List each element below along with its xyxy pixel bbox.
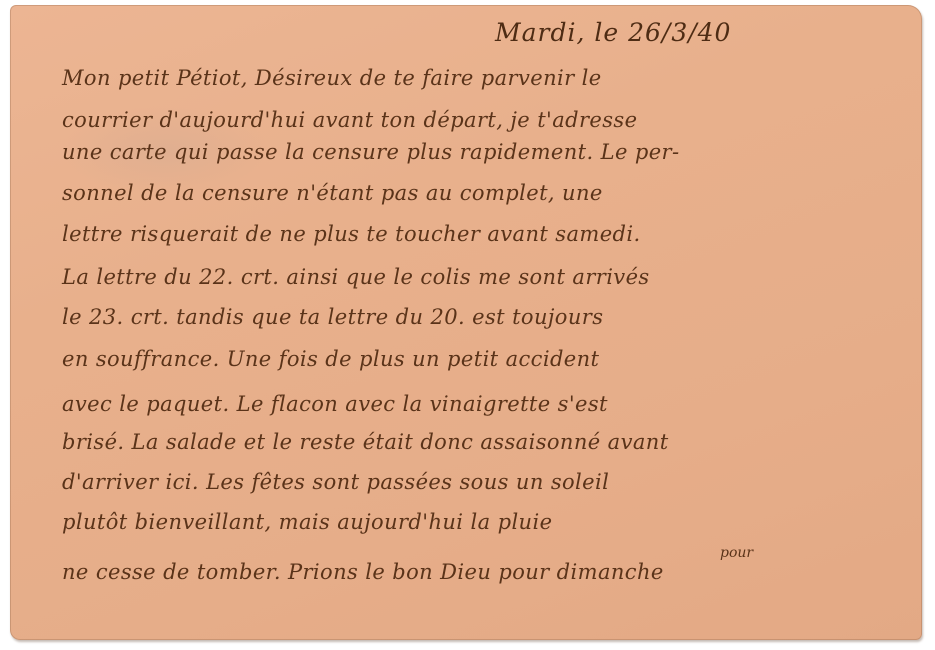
letter-line: une carte qui passe la censure plus rapi… <box>62 140 680 164</box>
letter-line: ne cesse de tomber. Prions le bon Dieu p… <box>62 560 664 584</box>
letter-line: La lettre du 22. crt. ainsi que le colis… <box>62 265 650 289</box>
letter-line: plutôt bienveillant, mais aujourd'hui la… <box>62 510 552 534</box>
interlinear-insertion: pour <box>720 545 753 561</box>
letter-line: sonnel de la censure n'étant pas au comp… <box>62 181 603 205</box>
letter-line: Mon petit Pétiot, Désireux de te faire p… <box>62 66 602 90</box>
letter-line: brisé. La salade et le reste était donc … <box>62 430 669 454</box>
letter-line: lettre risquerait de ne plus te toucher … <box>62 222 641 246</box>
letter-line: en souffrance. Une fois de plus un petit… <box>62 347 599 371</box>
letter-line: d'arriver ici. Les fêtes sont passées so… <box>62 470 609 494</box>
letter-line: le 23. crt. tandis que ta lettre du 20. … <box>62 305 603 329</box>
letter-line: courrier d'aujourd'hui avant ton départ,… <box>62 108 637 132</box>
letter-date: Mardi, le 26/3/40 <box>495 18 731 47</box>
letter-line: avec le paquet. Le flacon avec la vinaig… <box>62 392 608 416</box>
